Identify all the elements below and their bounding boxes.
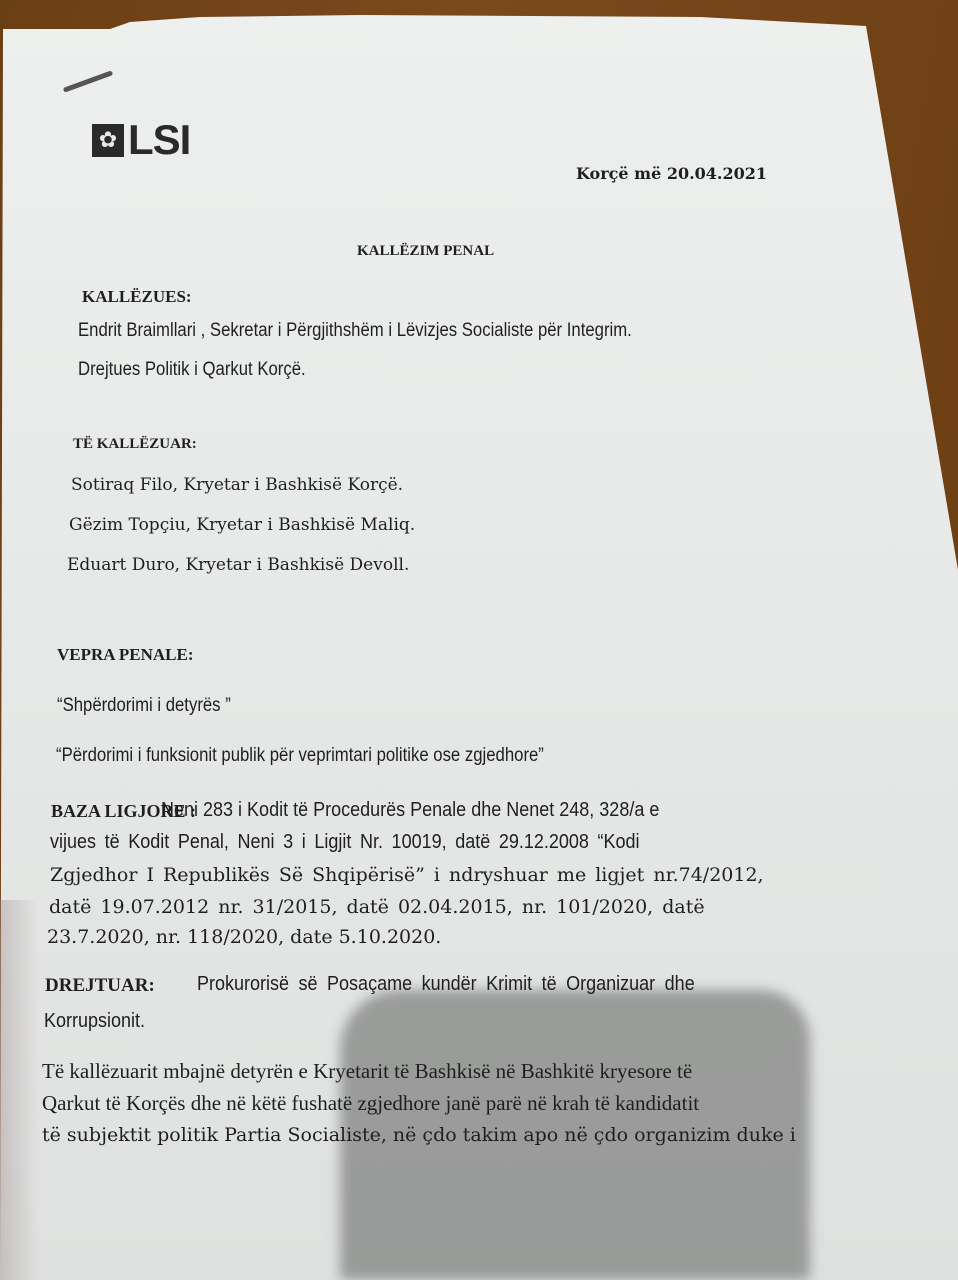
legal-basis-line: Zgjedhor I Republikës Së Shqipërisë” i n… bbox=[50, 864, 764, 886]
complainant-line: Endrit Braimllari , Sekretar i Përgjiths… bbox=[78, 320, 632, 342]
shadow-left bbox=[0, 900, 40, 1280]
complainant-line: Drejtues Politik i Qarkut Korçë. bbox=[78, 359, 306, 381]
logo-text: LSI bbox=[128, 123, 190, 157]
accused-person: Sotiraq Filo, Kryetar i Bashkisë Korçë. bbox=[71, 475, 403, 495]
body-paragraph-line: Të kallëzuarit mbajnë detyrën e Kryetari… bbox=[42, 1059, 692, 1084]
offense-item: “Përdorimi i funksionit publik për vepri… bbox=[56, 745, 544, 767]
addressed-to-heading: DREJTUAR: bbox=[45, 975, 155, 997]
addressed-to-line: Korrupsionit. bbox=[44, 1010, 145, 1033]
party-logo: ✿ LSI bbox=[92, 123, 190, 157]
body-paragraph-line: Qarkut të Korçës dhe në këtë fushatë zgj… bbox=[42, 1091, 699, 1116]
rose-icon: ✿ bbox=[92, 124, 124, 157]
legal-basis-line: datë 19.07.2012 nr. 31/2015, datë 02.04.… bbox=[49, 896, 705, 918]
legal-basis-line: 23.7.2020, nr. 118/2020, date 5.10.2020. bbox=[47, 926, 441, 948]
accused-heading: TË KALLËZUAR: bbox=[73, 436, 197, 453]
body-paragraph-line: të subjektit politik Partia Socialiste, … bbox=[42, 1124, 796, 1146]
legal-basis-line: vijues të Kodit Penal, Neni 3 i Ligjit N… bbox=[50, 831, 640, 854]
accused-person: Eduart Duro, Kryetar i Bashkisë Devoll. bbox=[67, 555, 409, 575]
complainant-heading: KALLËZUES: bbox=[82, 287, 192, 307]
place-date: Korçë më 20.04.2021 bbox=[576, 164, 767, 183]
accused-person: Gëzim Topçiu, Kryetar i Bashkisë Maliq. bbox=[69, 515, 415, 535]
document-title: KALLËZIM PENAL bbox=[357, 243, 494, 260]
offenses-heading: VEPRA PENALE: bbox=[57, 645, 193, 665]
offense-item: “Shpërdorimi i detyrës ” bbox=[57, 695, 231, 717]
addressed-to-line: Prokurorisë së Posaçame kundër Krimit të… bbox=[197, 973, 695, 996]
legal-basis-line: Neni 283 i Kodit të Procedurës Penale dh… bbox=[161, 799, 659, 822]
